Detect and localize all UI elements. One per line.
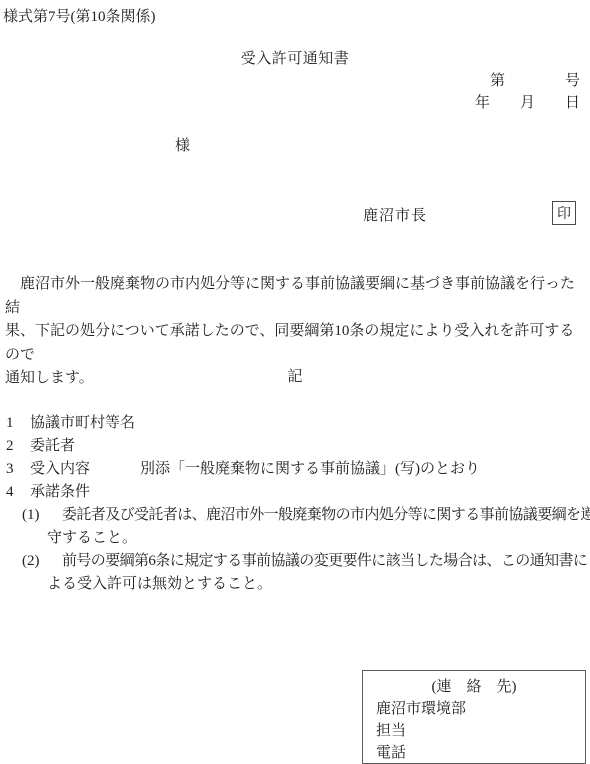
form-number: 様式第7号(第10条関係) xyxy=(3,5,156,26)
conditions-list: 1 協議市町村等名 2 委託者 3 受入内容 別添「一般廃棄物に関する事前協議」… xyxy=(0,412,590,596)
contact-department: 鹿沼市環境部 xyxy=(363,698,585,720)
item-label: 協議市町村等名 xyxy=(30,415,135,431)
list-item: 4 承諾条件 xyxy=(0,481,590,504)
item-number: 4 xyxy=(6,481,14,504)
list-item: 1 協議市町村等名 xyxy=(0,412,590,435)
item-label: 委託者 xyxy=(30,438,75,454)
recipient-honorific: 様 xyxy=(175,134,190,155)
document-title: 受入許可通知書 xyxy=(0,47,590,68)
document-number-line: 第 号 xyxy=(490,69,580,90)
item-number: 3 xyxy=(6,458,14,481)
body-line: 鹿沼市外一般廃棄物の市内処分等に関する事前協議要綱に基づき事前協議を行った結 xyxy=(5,273,587,320)
contact-heading: (連 絡 先) xyxy=(363,676,585,698)
subitem-number: (1) xyxy=(22,504,40,527)
contact-person-label: 担当 xyxy=(363,720,585,742)
document-page: 様式第7号(第10条関係) 受入許可通知書 第 号 年 月 日 様 鹿沼市長 印… xyxy=(0,0,590,764)
contact-box: (連 絡 先) 鹿沼市環境部 担当 電話 xyxy=(362,670,586,764)
item-number: 2 xyxy=(6,435,14,458)
seal-stamp-icon: 印 xyxy=(557,203,571,223)
note-heading: 記 xyxy=(0,365,590,386)
item-number: 1 xyxy=(6,412,14,435)
seal-box: 印 xyxy=(552,201,576,225)
date-line: 年 月 日 xyxy=(475,91,580,112)
subitem-line: 守すること。 xyxy=(47,527,590,550)
subitem-line: 前号の要綱第6条に規定する事前協議の変更要件に該当した場合は、この通知書に xyxy=(47,550,590,573)
item-value: 別添「一般廃棄物に関する事前協議」(写)のとおり xyxy=(140,458,480,481)
item-label: 承諾条件 xyxy=(30,484,90,500)
list-item: 2 委託者 xyxy=(0,435,590,458)
list-item: 3 受入内容 別添「一般廃棄物に関する事前協議」(写)のとおり xyxy=(0,458,590,481)
condition-subitem: (2) 前号の要綱第6条に規定する事前協議の変更要件に該当した場合は、この通知書… xyxy=(0,550,590,596)
subitem-line: よる受入許可は無効とすること。 xyxy=(47,573,590,596)
subitem-number: (2) xyxy=(22,550,40,573)
item-label: 受入内容 xyxy=(30,461,90,477)
mayor-signature: 鹿沼市長 xyxy=(363,204,427,225)
subitem-line: 委託者及び受託者は、鹿沼市外一般廃棄物の市内処分等に関する事前協議要綱を遵 xyxy=(47,504,590,527)
contact-phone-label: 電話 xyxy=(363,742,585,764)
body-line: 果、下記の処分について承諾したので、同要綱第10条の規定により受入れを許可するの… xyxy=(5,320,587,367)
condition-subitem: (1) 委託者及び受託者は、鹿沼市外一般廃棄物の市内処分等に関する事前協議要綱を… xyxy=(0,504,590,550)
